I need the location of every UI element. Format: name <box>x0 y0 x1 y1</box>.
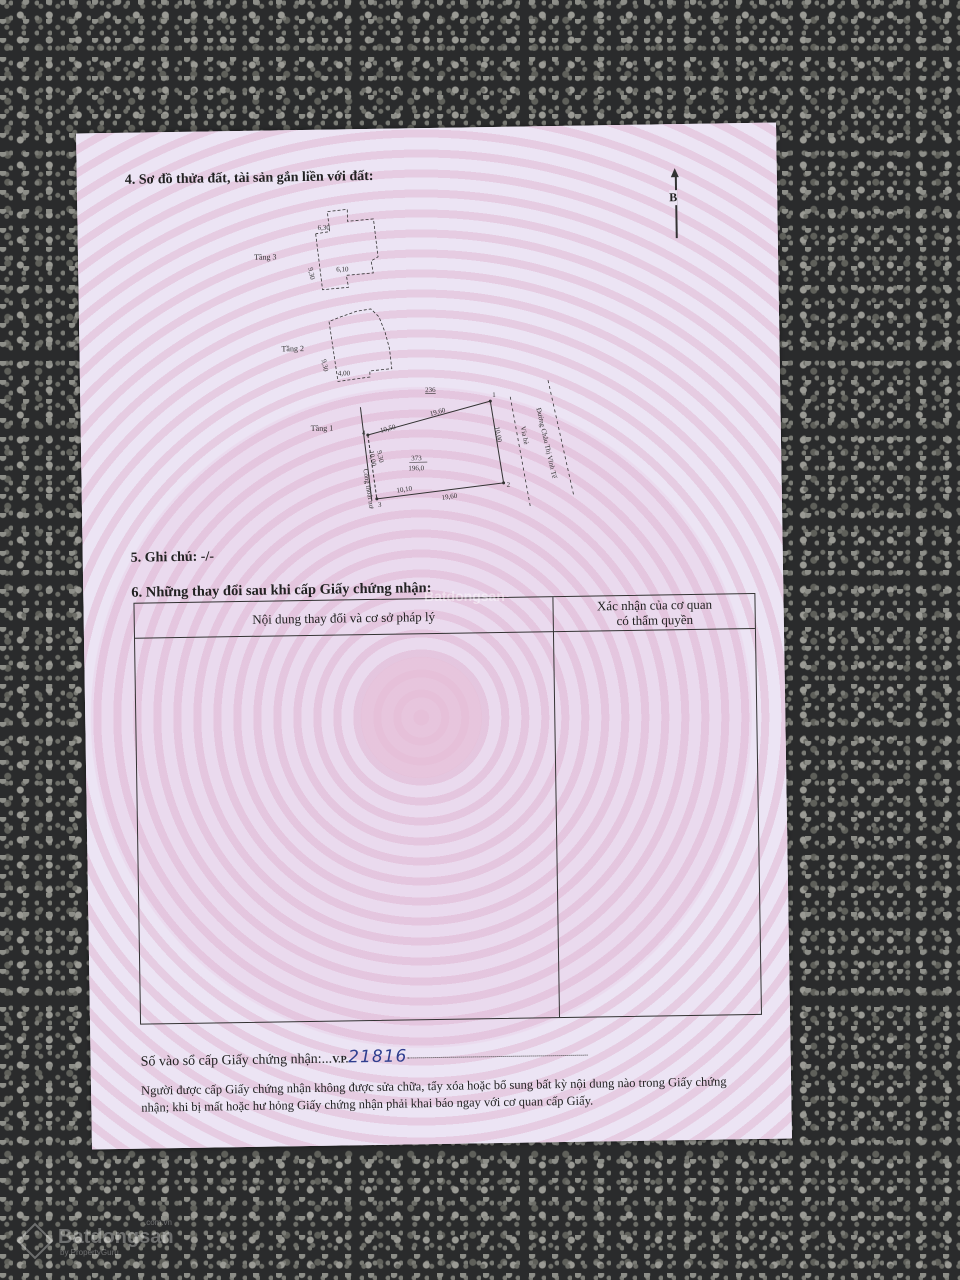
column-divider <box>552 597 560 1017</box>
section-5-title: 5. Ghi chú: -/- <box>131 549 214 566</box>
f2-dim-b: 4,00 <box>338 369 351 377</box>
watermark-byline: by PropertyGuru <box>60 1248 119 1257</box>
f3-dim-c: 9,30 <box>306 267 316 281</box>
dim-east: 10,00 <box>493 426 504 443</box>
road-label: Đường Châu Thị Vĩnh Tế <box>534 407 558 480</box>
dim-inner-bottom: 10,10 <box>396 484 413 494</box>
sidewalk-label: Vỉa hè <box>519 425 530 445</box>
col-changes-header: Nội dung thay đổi và cơ sở pháp lý <box>135 607 553 630</box>
drain-label: Cống thoát nước <box>361 468 376 510</box>
warning-note: Người được cấp Giấy chứng nhận không đượ… <box>141 1073 751 1117</box>
north-label: B <box>669 190 677 205</box>
f3-dim-b: 6,10 <box>336 265 349 273</box>
neighbor-south: 374 <box>442 509 453 511</box>
corner-2: 2 <box>507 481 511 489</box>
col-confirmation-header: Xác nhận của cơ quan có thẩm quyền <box>554 596 754 629</box>
parcel-area: 196,0 <box>408 464 424 472</box>
registry-prefix: V.P. <box>332 1054 348 1065</box>
dim-bottom: 19,60 <box>441 492 458 502</box>
f2-dim-a: 9,30 <box>320 359 330 373</box>
changes-table: Nội dung thay đổi và cơ sở pháp lý Xác n… <box>133 593 762 1025</box>
parcel-number: 373 <box>411 454 422 462</box>
floor-3-label: Tầng 3 <box>254 252 277 261</box>
neighbor-north: 236 <box>425 386 436 394</box>
corner-1: 1 <box>492 391 496 399</box>
table-watermark: Batdongsan <box>424 588 505 604</box>
plot-diagram: 1 2 3 4 236 374 373 196,0 19,60 10,50 10… <box>277 185 602 510</box>
land-certificate-page: 4. Sơ đồ thửa đất, tài sản gắn liền với … <box>76 123 792 1150</box>
batdongsan-logo-icon <box>17 1223 54 1260</box>
registry-label: Số vào sổ cấp Giấy chứng nhận:... <box>141 1052 333 1070</box>
section-4-title: 4. Sơ đồ thửa đất, tài sản gắn liền với … <box>125 169 374 189</box>
corner-4: 4 <box>362 429 366 437</box>
registry-number-line: Số vào sổ cấp Giấy chứng nhận:...V.P.218… <box>140 1044 587 1071</box>
registry-number: 21816 <box>348 1046 407 1067</box>
watermark-domain: .com.vn <box>144 1218 172 1227</box>
north-arrow-icon: B <box>669 168 684 240</box>
watermark-brand: Batdongsan <box>58 1226 174 1249</box>
dim-top: 19,60 <box>429 406 447 418</box>
corner-3: 3 <box>378 501 382 509</box>
f3-dim-a: 6,30 <box>318 224 331 232</box>
dim-west-2: 10,00 <box>367 450 378 467</box>
dim-inner-top: 10,50 <box>379 423 397 435</box>
